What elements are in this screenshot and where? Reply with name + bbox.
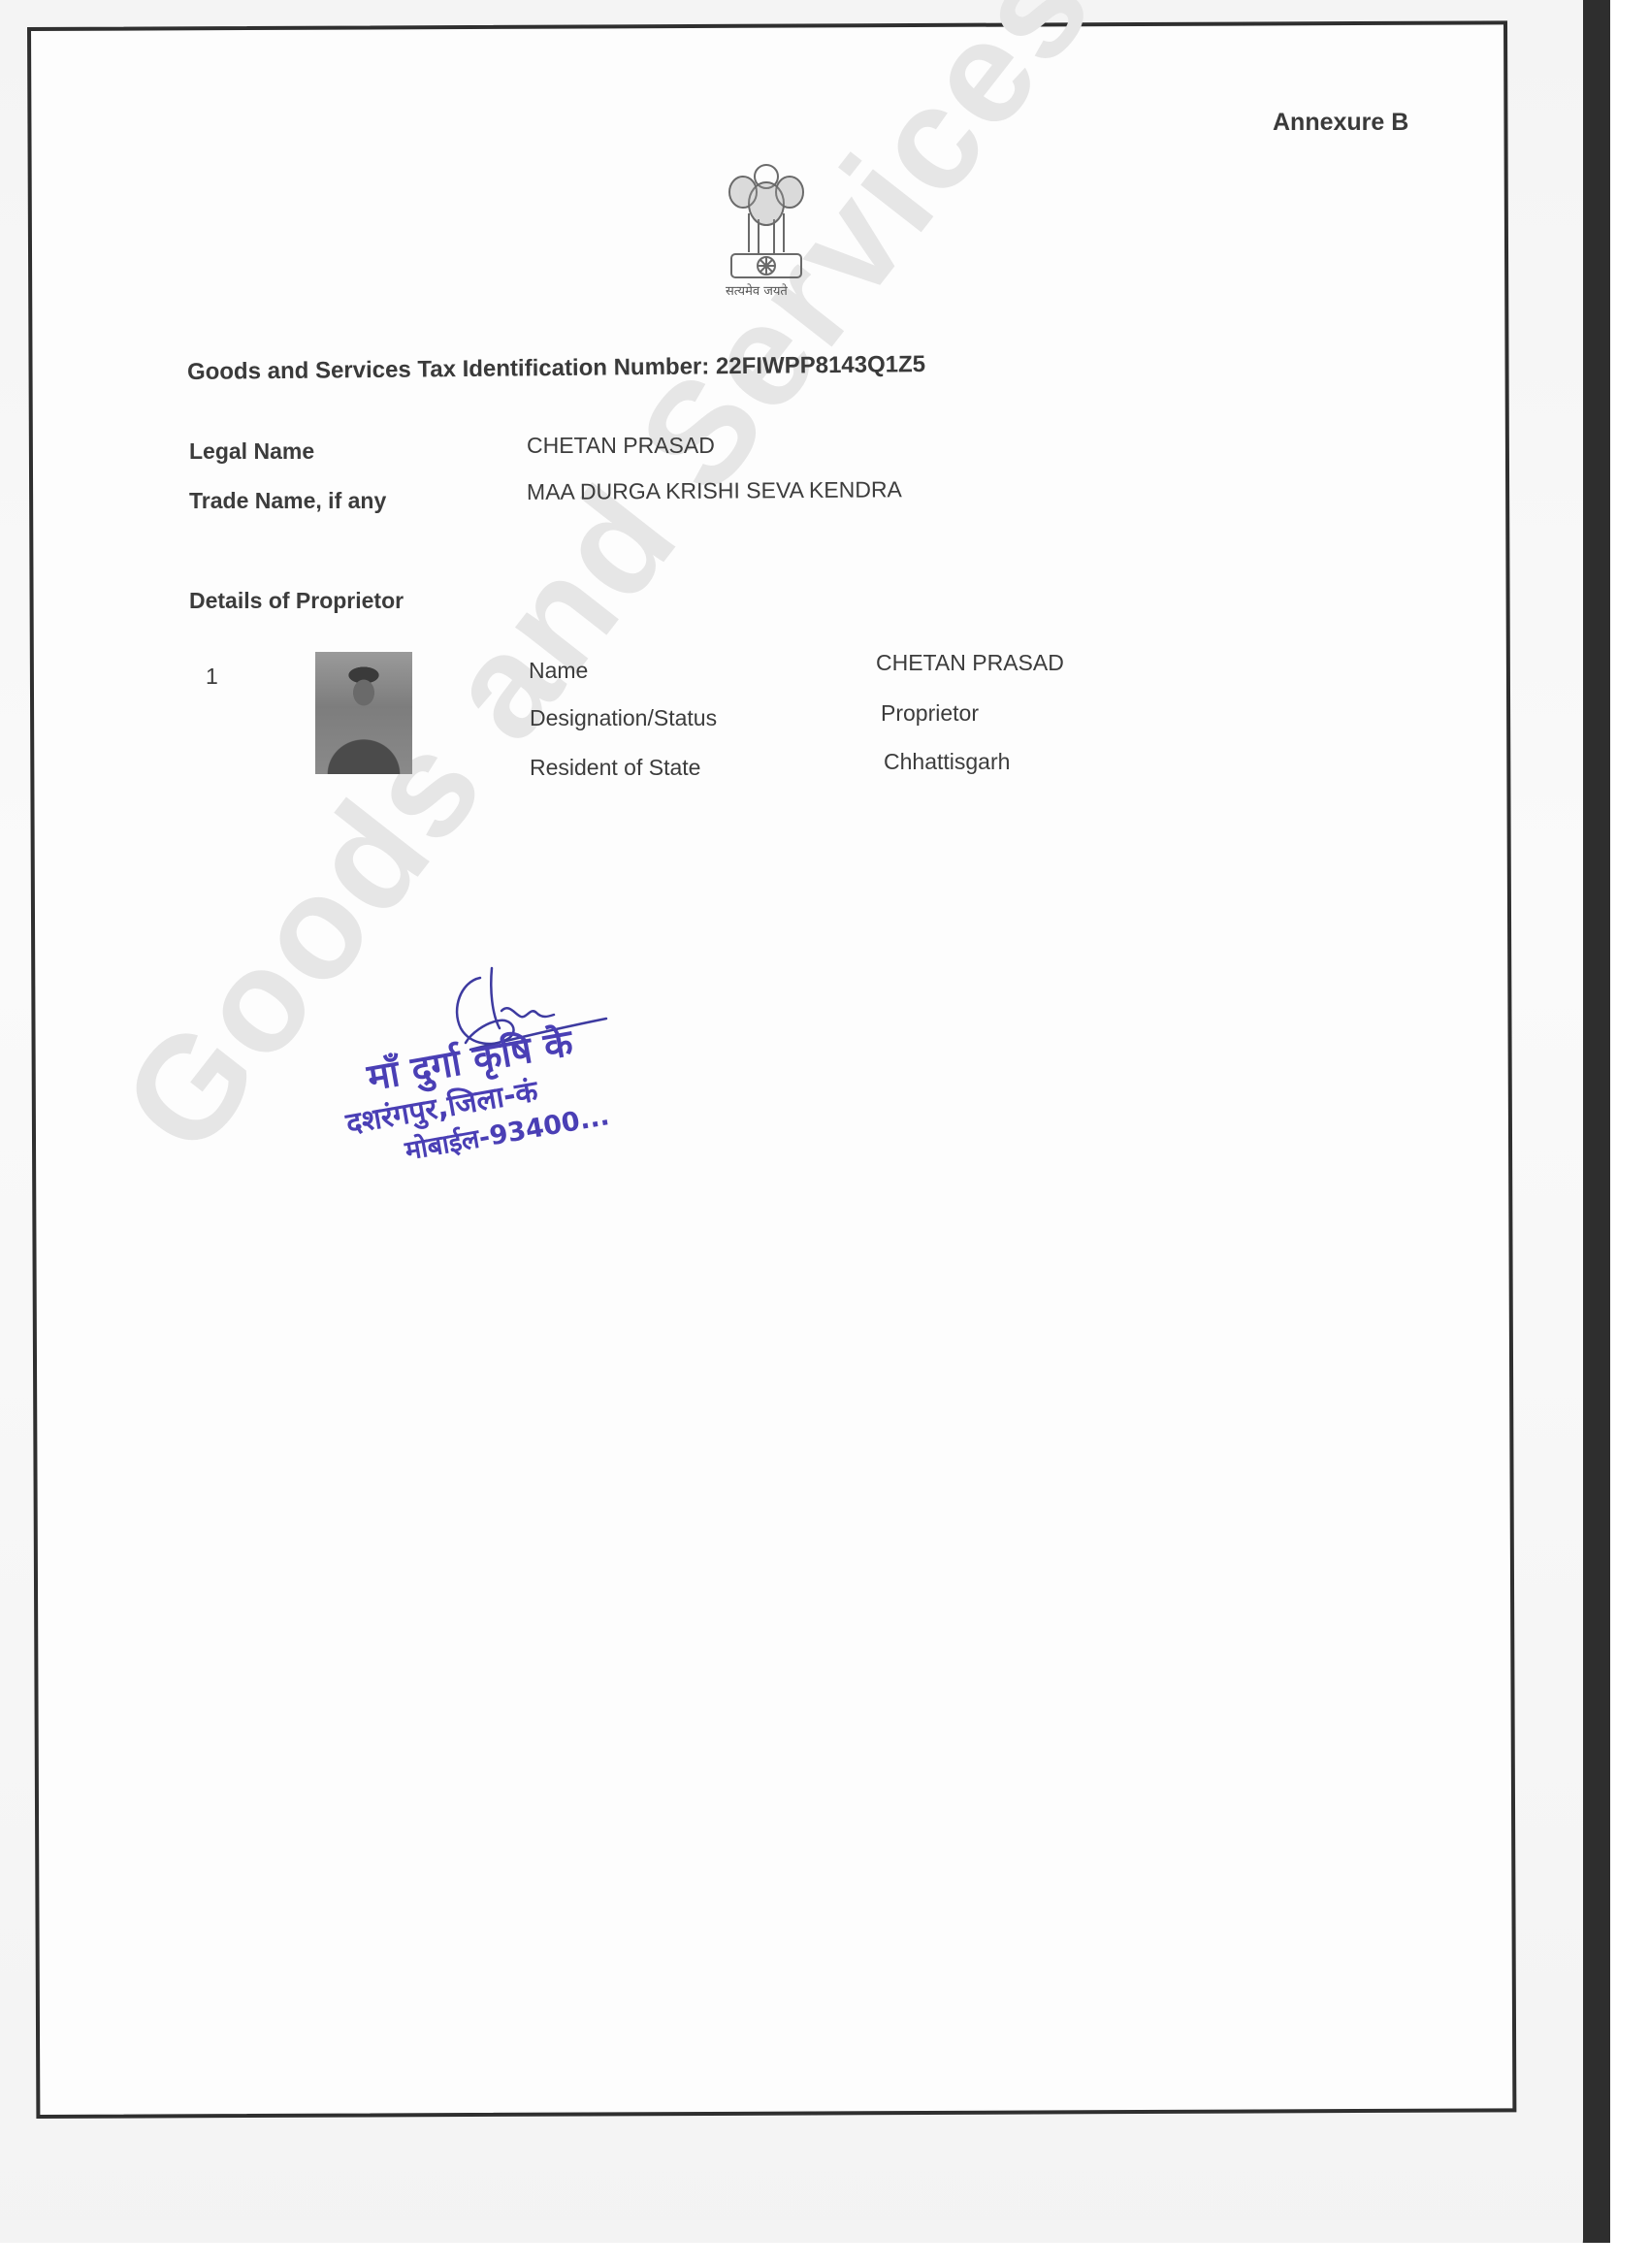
trade-name-label: Trade Name, if any (189, 488, 386, 514)
legal-name-value: CHETAN PRASAD (527, 433, 715, 459)
trade-name-value: MAA DURGA KRISHI SEVA KENDRA (527, 476, 902, 505)
scan-bottom-strip (0, 2243, 1649, 2268)
national-emblem-icon (720, 155, 813, 301)
field-label-designation: Designation/Status (530, 705, 717, 731)
emblem-motto: सत्यमेव जयते (726, 281, 788, 299)
field-value-name: CHETAN PRASAD (876, 650, 1064, 676)
proprietor-photo (315, 652, 412, 774)
field-value-resident-state: Chhattisgarh (884, 749, 1010, 775)
field-label-name: Name (529, 658, 588, 684)
legal-name-label: Legal Name (189, 438, 314, 465)
field-label-resident-state: Resident of State (530, 755, 700, 781)
proprietor-index: 1 (206, 664, 218, 690)
scan-edge (1610, 0, 1649, 2268)
field-value-designation: Proprietor (881, 700, 979, 727)
proprietor-section-heading: Details of Proprietor (189, 588, 404, 614)
annexure-label: Annexure B (1273, 109, 1408, 137)
